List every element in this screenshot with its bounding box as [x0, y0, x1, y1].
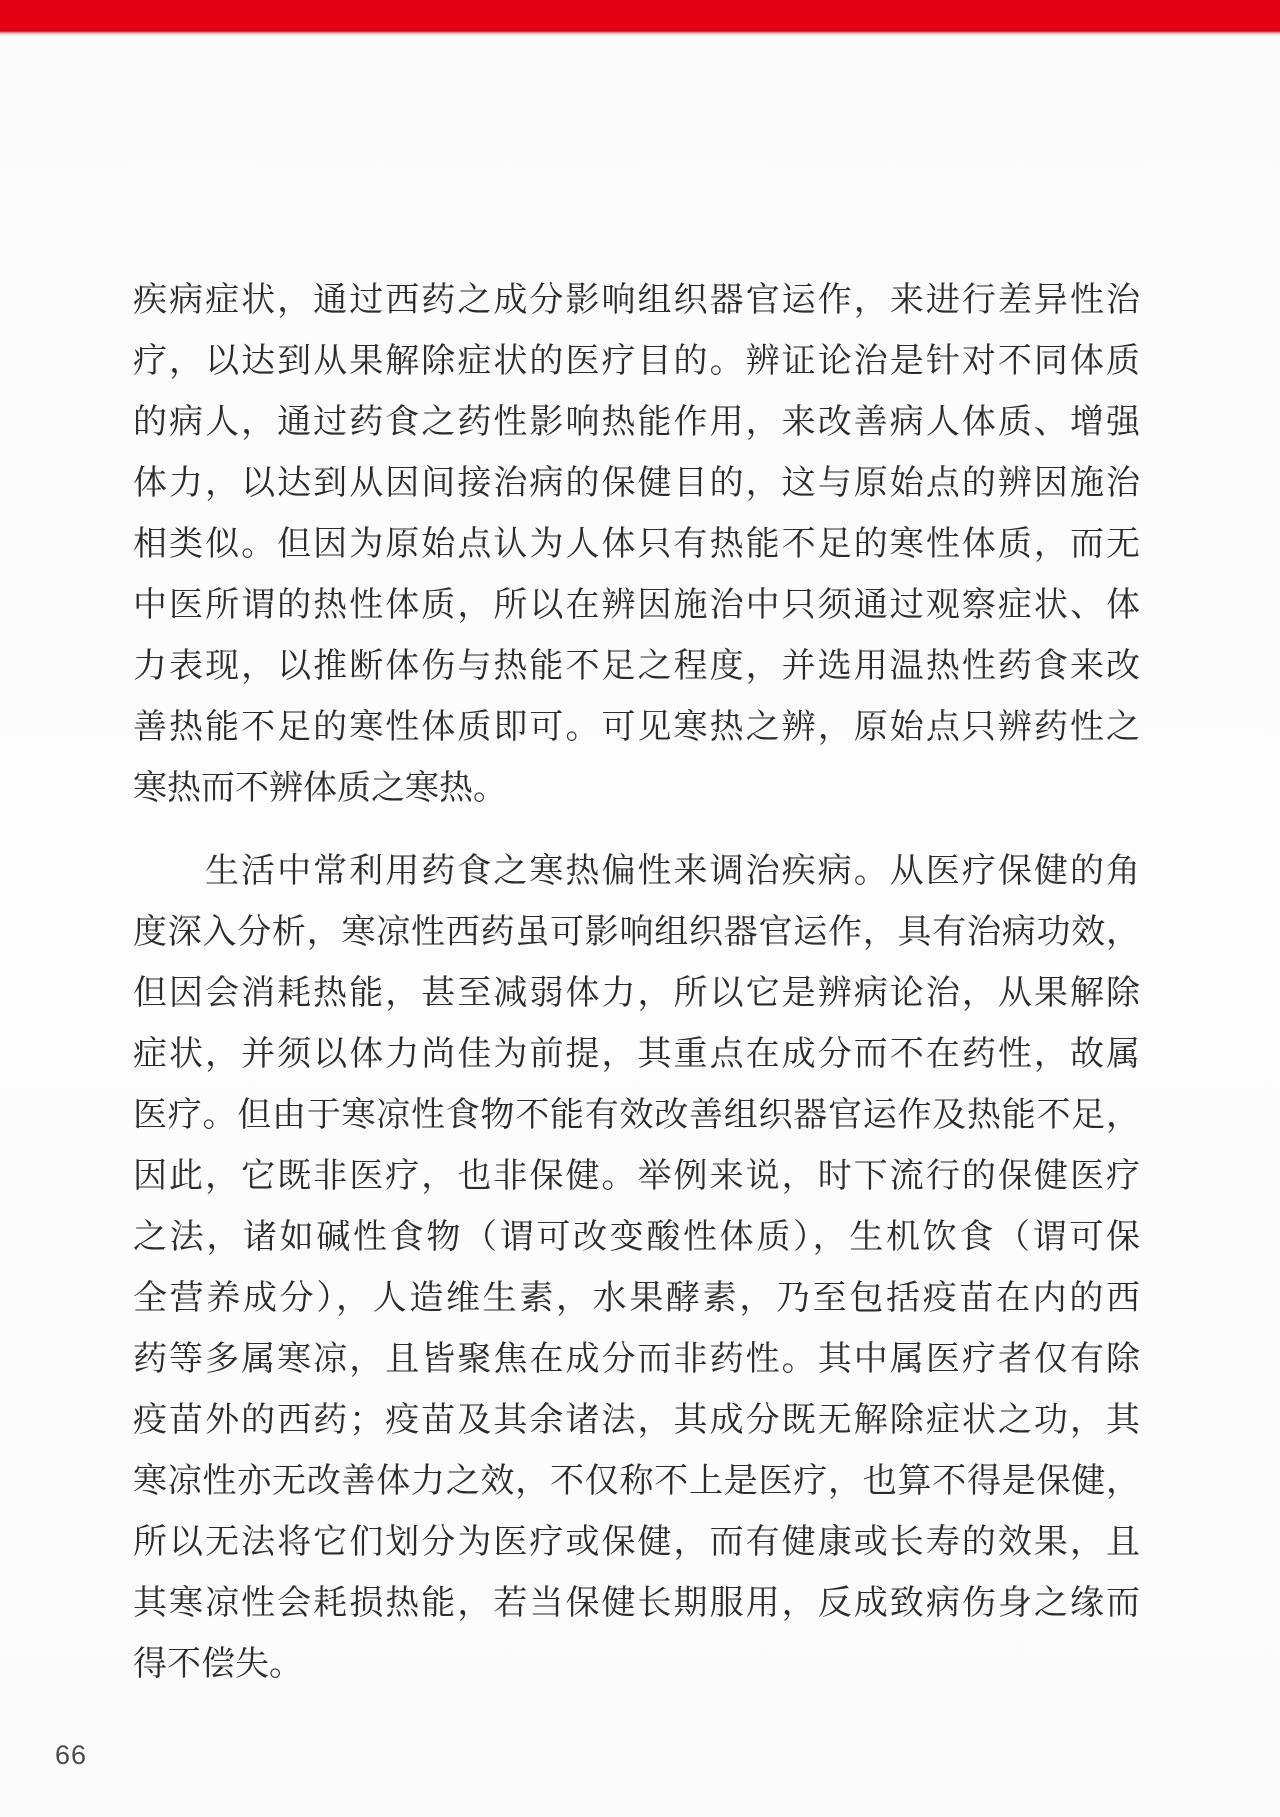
- text-line: 的病人，通过药食之药性影响热能作用，来改善病人体质、增强: [133, 392, 1140, 453]
- page-body-text: 疾病症状，通过西药之成分影响组织器官运作，来进行差异性治疗，以达到从果解除症状的…: [133, 270, 1140, 1695]
- text-line: 所以无法将它们划分为医疗或保健，而有健康或长寿的效果，且: [133, 1512, 1140, 1573]
- paragraph-1: 疾病症状，通过西药之成分影响组织器官运作，来进行差异性治疗，以达到从果解除症状的…: [133, 270, 1140, 819]
- text-line: 生活中常利用药食之寒热偏性来调治疾病。从医疗保健的角: [133, 841, 1140, 902]
- text-line: 疫苗外的西药；疫苗及其余诸法，其成分既无解除症状之功，其: [133, 1390, 1140, 1451]
- text-line: 体力，以达到从因间接治病的保健目的，这与原始点的辨因施治: [133, 453, 1140, 514]
- top-red-banner: [0, 0, 1280, 37]
- text-line: 因此，它既非医疗，也非保健。举例来说，时下流行的保健医疗: [133, 1146, 1140, 1207]
- text-line: 寒热而不辨体质之寒热。: [133, 758, 1140, 819]
- text-line: 疾病症状，通过西药之成分影响组织器官运作，来进行差异性治: [133, 270, 1140, 331]
- paragraph-2: 生活中常利用药食之寒热偏性来调治疾病。从医疗保健的角度深入分析，寒凉性西药虽可影…: [133, 841, 1140, 1695]
- text-line: 疗，以达到从果解除症状的医疗目的。辨证论治是针对不同体质: [133, 331, 1140, 392]
- book-page: 疾病症状，通过西药之成分影响组织器官运作，来进行差异性治疗，以达到从果解除症状的…: [0, 0, 1280, 1817]
- text-line: 善热能不足的寒性体质即可。可见寒热之辨，原始点只辨药性之: [133, 697, 1140, 758]
- text-line: 但因会消耗热能，甚至减弱体力，所以它是辨病论治，从果解除: [133, 963, 1140, 1024]
- text-line: 力表现，以推断体伤与热能不足之程度，并选用温热性药食来改: [133, 636, 1140, 697]
- text-line: 得不偿失。: [133, 1634, 1140, 1695]
- text-line: 中医所谓的热性体质，所以在辨因施治中只须通过观察症状、体: [133, 575, 1140, 636]
- text-line: 寒凉性亦无改善体力之效，不仅称不上是医疗，也算不得是保健，: [133, 1451, 1140, 1512]
- text-line: 之法，诸如碱性食物（谓可改变酸性体质），生机饮食（谓可保: [133, 1207, 1140, 1268]
- text-line: 相类似。但因为原始点认为人体只有热能不足的寒性体质，而无: [133, 514, 1140, 575]
- page-number: 66: [55, 1738, 87, 1772]
- text-line: 全营养成分），人造维生素，水果酵素，乃至包括疫苗在内的西: [133, 1268, 1140, 1329]
- text-line: 度深入分析，寒凉性西药虽可影响组织器官运作，具有治病功效，: [133, 902, 1140, 963]
- text-line: 药等多属寒凉，且皆聚焦在成分而非药性。其中属医疗者仅有除: [133, 1329, 1140, 1390]
- text-line: 其寒凉性会耗损热能，若当保健长期服用，反成致病伤身之缘而: [133, 1573, 1140, 1634]
- text-line: 医疗。但由于寒凉性食物不能有效改善组织器官运作及热能不足，: [133, 1085, 1140, 1146]
- text-line: 症状，并须以体力尚佳为前提，其重点在成分而不在药性，故属: [133, 1024, 1140, 1085]
